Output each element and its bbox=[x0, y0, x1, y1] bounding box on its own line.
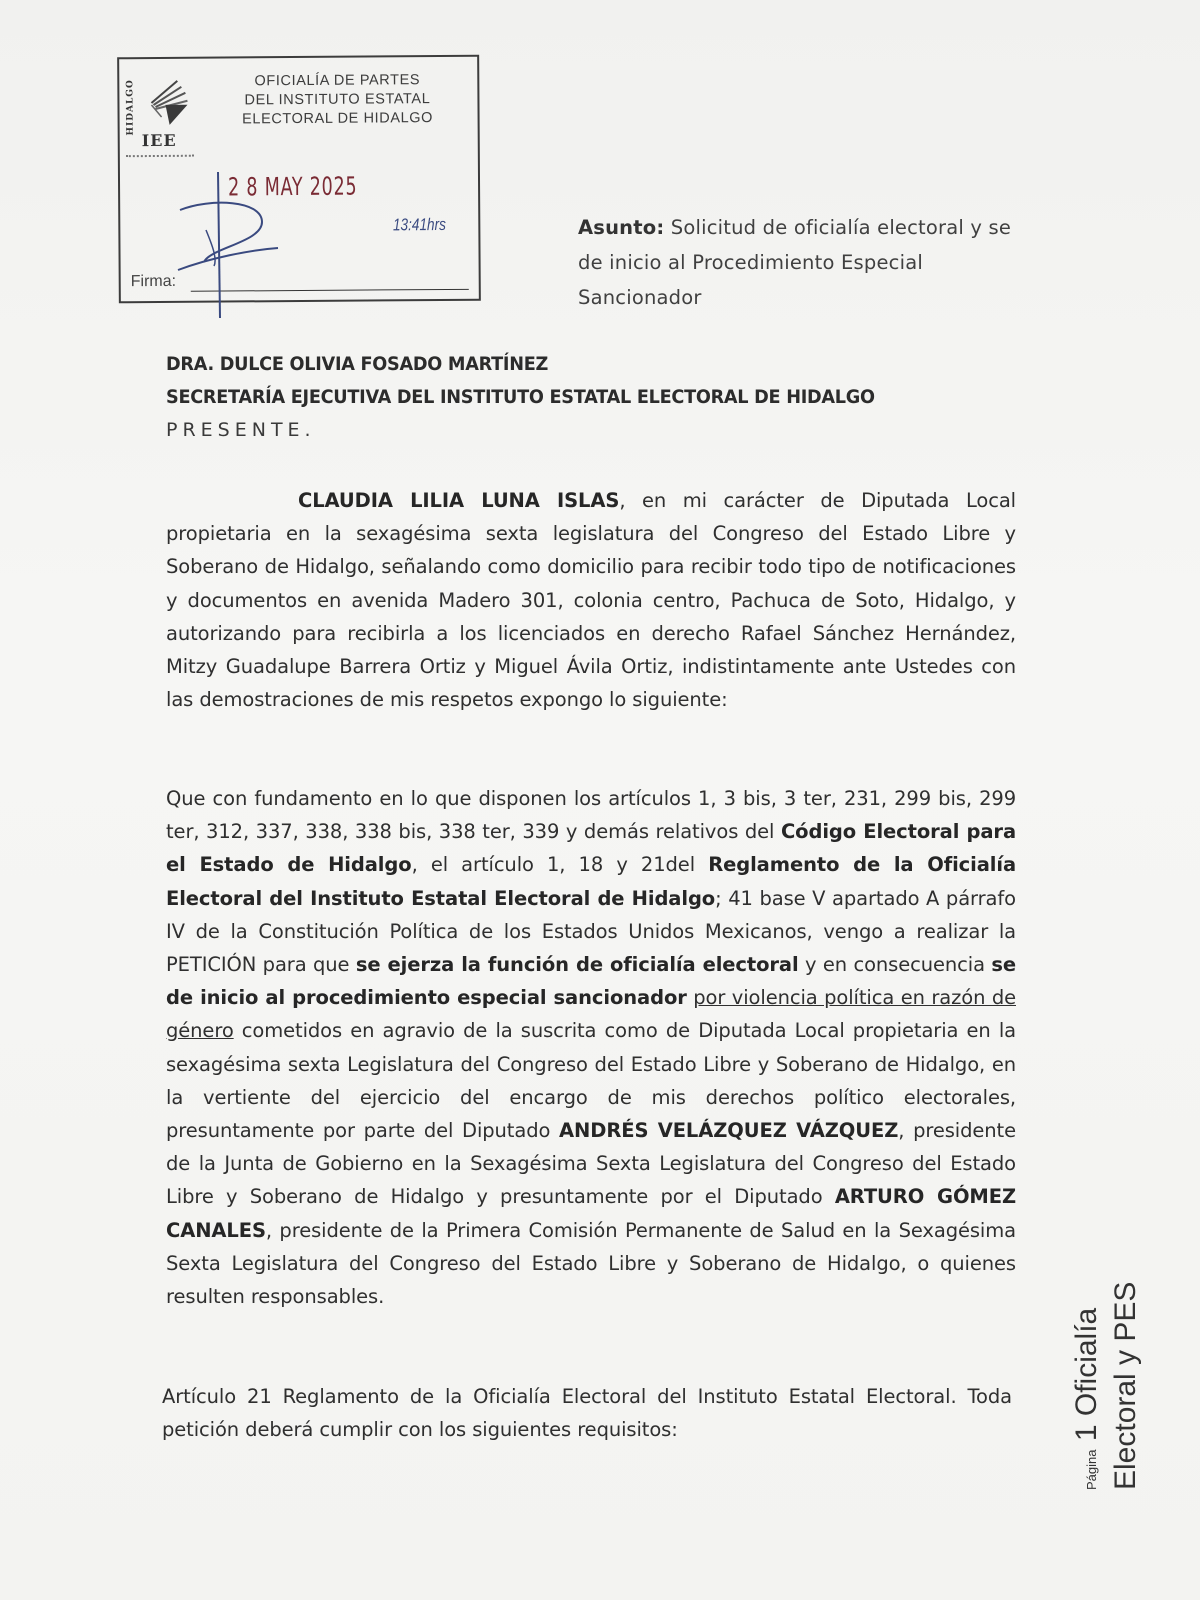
page-label: Página bbox=[1084, 1450, 1099, 1490]
footer-title-line2: Electoral y PES bbox=[1109, 1282, 1143, 1490]
footer-title-line1: Oficialía bbox=[1070, 1308, 1103, 1416]
logo-text: IEE bbox=[142, 131, 177, 150]
subject-label: Asunto: bbox=[578, 216, 664, 239]
reception-stamp: HIDALGO IEE OFICIALÍA DE PARTES DEL INST… bbox=[117, 55, 481, 304]
page-number: 1 bbox=[1070, 1424, 1103, 1441]
stamp-title: OFICIALÍA DE PARTES DEL INSTITUTO ESTATA… bbox=[227, 71, 447, 130]
logo-vertical-text: HIDALGO bbox=[125, 79, 135, 135]
page-footer: Página 1 Oficialía Electoral y PES bbox=[1070, 1200, 1180, 1490]
addressee-position: SECRETARÍA EJECUTIVA DEL INSTITUTO ESTAT… bbox=[166, 381, 875, 414]
text-segment: , el artículo 1, 18 y 21del bbox=[412, 853, 709, 876]
stamp-date: 2 8 MAY 2025 bbox=[228, 172, 358, 202]
respondent-name: ANDRÉS VELÁZQUEZ VÁZQUEZ bbox=[559, 1119, 898, 1142]
addressee-block: DRA. DULCE OLIVIA FOSADO MARTÍNEZ SECRET… bbox=[166, 348, 928, 447]
emphasis: se ejerza la función de oficialía electo… bbox=[356, 953, 799, 976]
article-paragraph: Artículo 21 Reglamento de la Oficialía E… bbox=[162, 1380, 1012, 1446]
iee-logo: HIDALGO IEE bbox=[125, 73, 200, 164]
intro-text: , en mi carácter de Diputada Local propi… bbox=[166, 489, 1016, 711]
petitioner-name: CLAUDIA LILIA LUNA ISLAS bbox=[298, 489, 619, 512]
addressee-name: DRA. DULCE OLIVIA FOSADO MARTÍNEZ bbox=[166, 348, 875, 381]
petition-paragraph: Que con fundamento en lo que disponen lo… bbox=[166, 782, 1016, 1313]
stamp-title-line: DEL INSTITUTO ESTATAL bbox=[227, 90, 447, 111]
text-segment: , presidente de la Primera Comisión Perm… bbox=[166, 1219, 1016, 1308]
intro-paragraph: CLAUDIA LILIA LUNA ISLAS, en mi carácter… bbox=[166, 484, 1016, 716]
stamp-title-line: OFICIALÍA DE PARTES bbox=[227, 71, 447, 92]
subject-block: Asunto: Solicitud de oficialía electoral… bbox=[578, 210, 1028, 315]
firma-line bbox=[191, 289, 469, 292]
stamp-time: 13:41hrs bbox=[393, 215, 446, 235]
document-page: HIDALGO IEE OFICIALÍA DE PARTES DEL INST… bbox=[0, 0, 1200, 1600]
iee-emblem-icon bbox=[147, 79, 191, 129]
greeting: PRESENTE. bbox=[166, 419, 316, 441]
stamp-title-line: ELECTORAL DE HIDALGO bbox=[228, 109, 448, 130]
text-segment: y en consecuencia bbox=[799, 953, 992, 976]
logo-subtitle-line bbox=[126, 155, 194, 159]
firma-label: Firma: bbox=[131, 273, 176, 291]
